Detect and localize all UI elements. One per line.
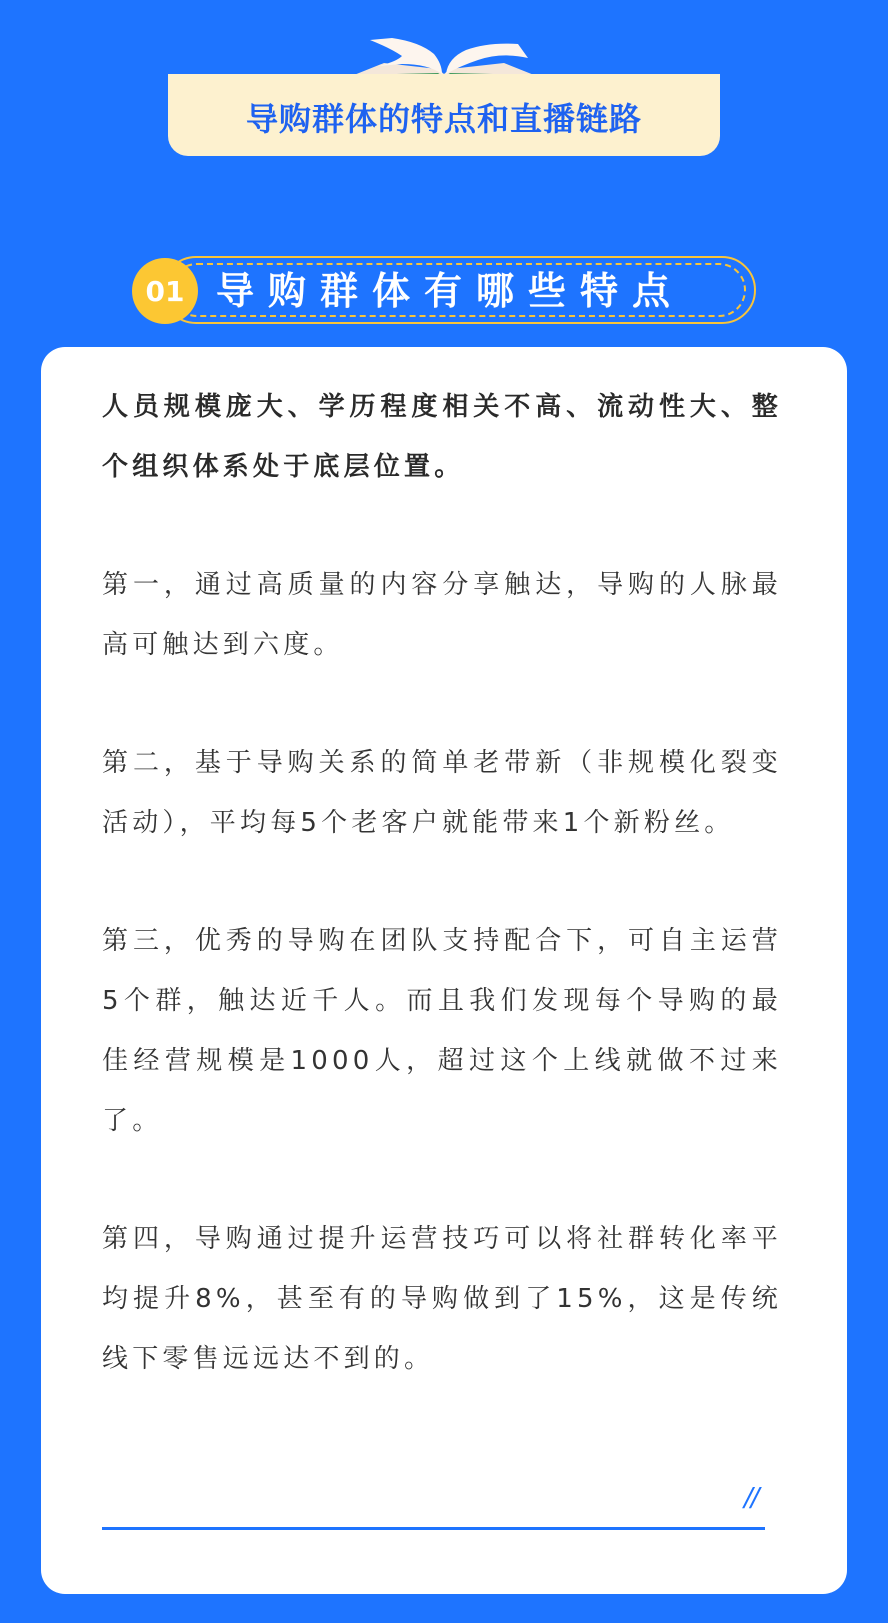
double-slash-mark: //	[744, 1483, 758, 1513]
title-banner: 导购群体的特点和直播链路	[168, 74, 720, 156]
footer-divider	[102, 1527, 765, 1530]
section-number-badge: 01	[132, 258, 198, 324]
lead-paragraph: 人员规模庞大、学历程度相关不高、流动性大、整个组织体系处于底层位置。	[102, 377, 782, 497]
paragraph-point-1: 第一，通过高质量的内容分享触达，导购的人脉最高可触达到六度。	[102, 555, 782, 675]
banner-title: 导购群体的特点和直播链路	[246, 94, 642, 140]
paragraph-point-3: 第三，优秀的导购在团队支持配合下，可自主运营5个群，触达近千人。而且我们发现每个…	[102, 911, 782, 1151]
paragraph-point-4: 第四，导购通过提升运营技巧可以将社群转化率平均提升8%，甚至有的导购做到了15%…	[102, 1209, 782, 1389]
content-body: 人员规模庞大、学历程度相关不高、流动性大、整个组织体系处于底层位置。 第一，通过…	[102, 377, 782, 1447]
content-card: 人员规模庞大、学历程度相关不高、流动性大、整个组织体系处于底层位置。 第一，通过…	[41, 347, 847, 1594]
section-header: 01 导购群体有哪些特点	[132, 254, 756, 326]
paragraph-point-2: 第二，基于导购关系的简单老带新（非规模化裂变活动），平均每5个老客户就能带来1个…	[102, 733, 782, 853]
section-title: 导购群体有哪些特点	[216, 264, 684, 318]
page: 导购群体的特点和直播链路 01 导购群体有哪些特点 人员规模庞大、学历程度相关不…	[0, 0, 888, 1623]
